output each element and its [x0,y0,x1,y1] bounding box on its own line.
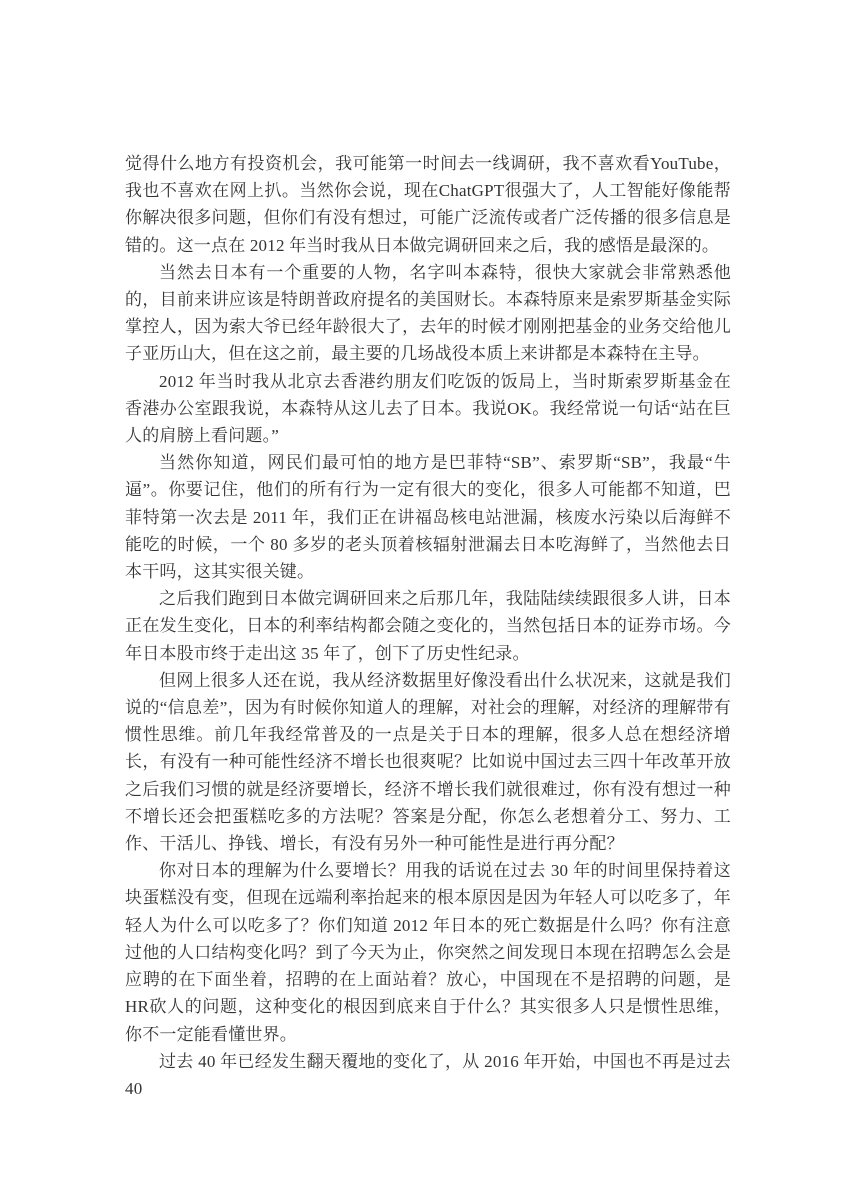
paragraph-4: 当然你知道，网民们最可怕的地方是巴菲特“SB”、索罗斯“SB”，我最“牛逼”。你… [125,449,731,585]
paragraph-5: 之后我们跑到日本做完调研回来之后那几年，我陆陆续续跟很多人讲，日本正在发生变化，… [125,585,731,667]
paragraph-7: 你对日本的理解为什么要增长？用我的话说在过去 30 年的时间里保持着这块蛋糕没有… [125,857,731,1047]
paragraph-6: 但网上很多人还在说，我从经济数据里好像没看出什么状况来，这就是我们说的“信息差”… [125,667,731,857]
paragraph-2: 当然去日本有一个重要的人物，名字叫本森特，很快大家就会非常熟悉他的，目前来讲应该… [125,259,731,368]
document-page: 觉得什么地方有投资机会，我可能第一时间去一线调研，我不喜欢看YouTube，我也… [0,0,849,1200]
paragraph-1: 觉得什么地方有投资机会，我可能第一时间去一线调研，我不喜欢看YouTube，我也… [125,150,731,259]
paragraph-8: 过去 40 年已经发生翻天覆地的变化了，从 2016 年开始，中国也不再是过去 … [125,1048,731,1102]
paragraph-3: 2012 年当时我从北京去香港约朋友们吃饭的饭局上，当时斯索罗斯基金在香港办公室… [125,368,731,450]
document-text-block: 觉得什么地方有投资机会，我可能第一时间去一线调研，我不喜欢看YouTube，我也… [125,150,731,1102]
